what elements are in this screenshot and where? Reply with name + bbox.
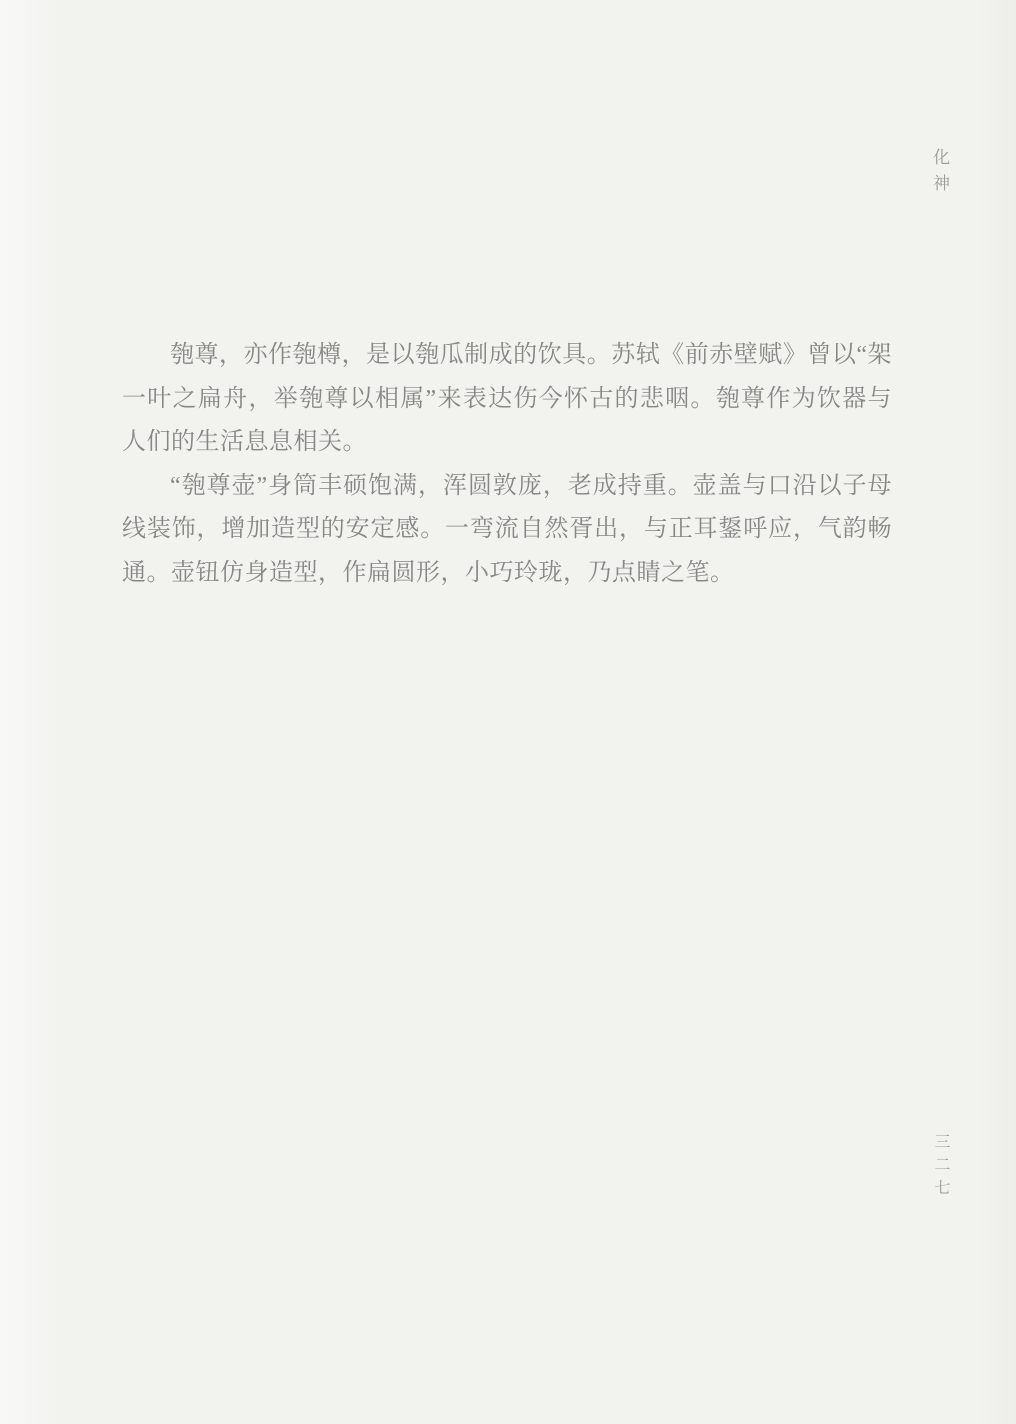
- chapter-header-vertical: 化神: [927, 148, 952, 200]
- body-text-block: 匏尊，亦作匏樽，是以匏瓜制成的饮具。苏轼《前赤壁赋》曾以“架一叶之扁舟，举匏尊以…: [122, 334, 892, 595]
- paragraph: “匏尊壶”身筒丰硕饱满，浑圆敦庞，老成持重。壶盖与口沿以子母线装饰，增加造型的安…: [122, 465, 892, 596]
- page-number-vertical: 三二七: [929, 1133, 952, 1202]
- paragraph: 匏尊，亦作匏樽，是以匏瓜制成的饮具。苏轼《前赤壁赋》曾以“架一叶之扁舟，举匏尊以…: [122, 334, 892, 465]
- book-page: 化神 匏尊，亦作匏樽，是以匏瓜制成的饮具。苏轼《前赤壁赋》曾以“架一叶之扁舟，举…: [0, 0, 1016, 1424]
